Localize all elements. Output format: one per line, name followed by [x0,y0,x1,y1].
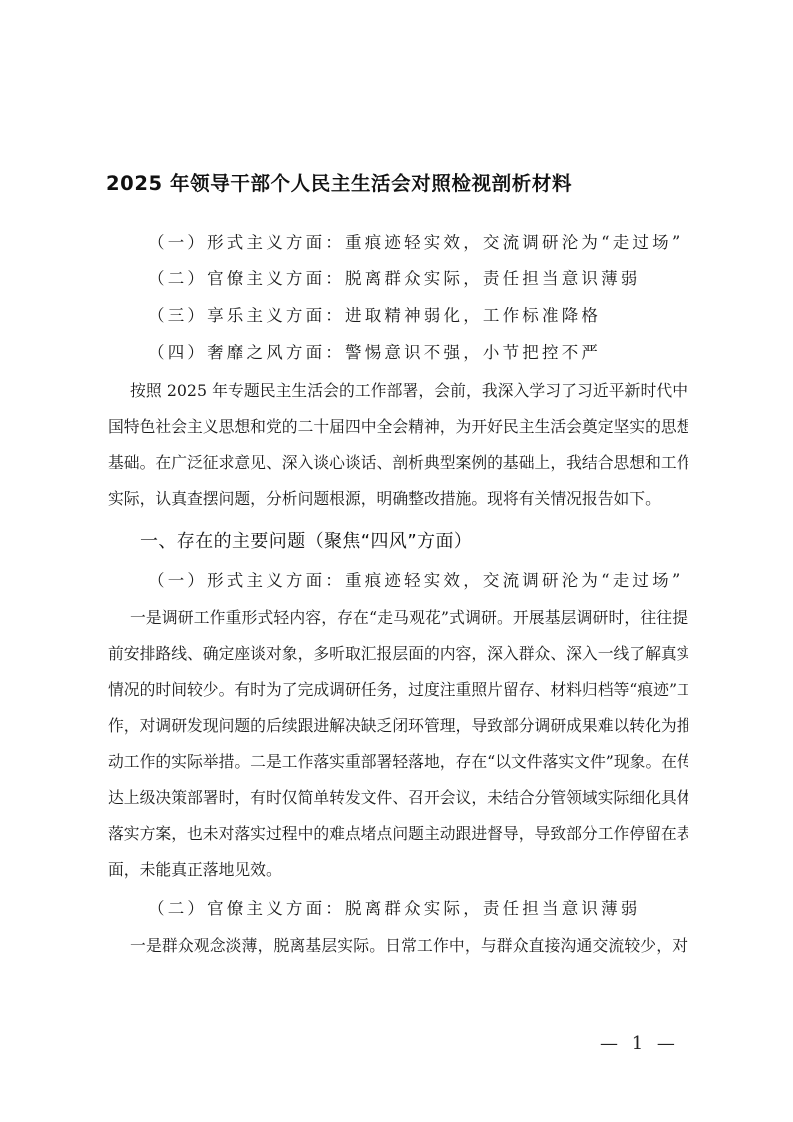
subsection-heading-1: （一）形式主义方面：重痕迹轻实效，交流调研沦为“走过场” [148,567,683,591]
body-line: 作，对调研发现问题的后续跟进解决缺乏闭环管理，导致部分调研成果难以转化为推 [108,713,688,736]
intro-paragraph-line: 实际，认真查摆问题，分析问题根源，明确整改措施。现将有关情况报告如下。 [108,486,688,509]
body-line: 达上级决策部署时，有时仅简单转发文件、召开会议，未结合分管领域实际细化具体 [108,785,688,808]
body-line: 面，未能真正落地见效。 [108,857,688,880]
outline-item-2: （二）官僚主义方面：脱离群众实际，责任担当意识薄弱 [148,265,641,289]
section-heading-1: 一、存在的主要问题（聚焦“四风”方面） [140,527,472,553]
outline-item-3: （三）享乐主义方面：进取精神弱化，工作标准降格 [148,302,601,326]
body-line: 一是群众观念淡薄，脱离基层实际。日常工作中，与群众直接沟通交流较少，对 [130,933,688,956]
document-title: 2025 年领导干部个人民主生活会对照检视剖析材料 [106,168,572,196]
intro-paragraph-line: 基础。在广泛征求意见、深入谈心谈话、剖析典型案例的基础上，我结合思想和工作 [108,450,688,473]
outline-item-4: （四）奢靡之风方面：警惕意识不强，小节把控不严 [148,339,601,363]
body-line: 前安排路线、确定座谈对象，多听取汇报层面的内容，深入群众、深入一线了解真实 [108,641,688,664]
intro-paragraph-line: 国特色社会主义思想和党的二十届四中全会精神，为开好民主生活会奠定坚实的思想 [108,414,688,437]
body-line: 动工作的实际举措。二是工作落实重部署轻落地，存在“以文件落实文件”现象。在传 [108,749,688,772]
body-line: 情况的时间较少。有时为了完成调研任务，过度注重照片留存、材料归档等“痕迹”工 [108,677,688,700]
subsection-heading-2: （二）官僚主义方面：脱离群众实际，责任担当意识薄弱 [148,895,641,919]
page-number: — 1 — [600,1033,679,1054]
body-line: 落实方案，也未对落实过程中的难点堵点问题主动跟进督导，导致部分工作停留在表 [108,821,688,844]
outline-item-1: （一）形式主义方面：重痕迹轻实效，交流调研沦为“走过场” [148,229,683,253]
intro-paragraph-line: 按照 2025 年专题民主生活会的工作部署，会前，我深入学习了习近平新时代中 [130,378,688,401]
body-line: 一是调研工作重形式轻内容，存在“走马观花”式调研。开展基层调研时，往往提 [130,605,688,628]
document-page: 2025 年领导干部个人民主生活会对照检视剖析材料 （一）形式主义方面：重痕迹轻… [0,0,793,1122]
